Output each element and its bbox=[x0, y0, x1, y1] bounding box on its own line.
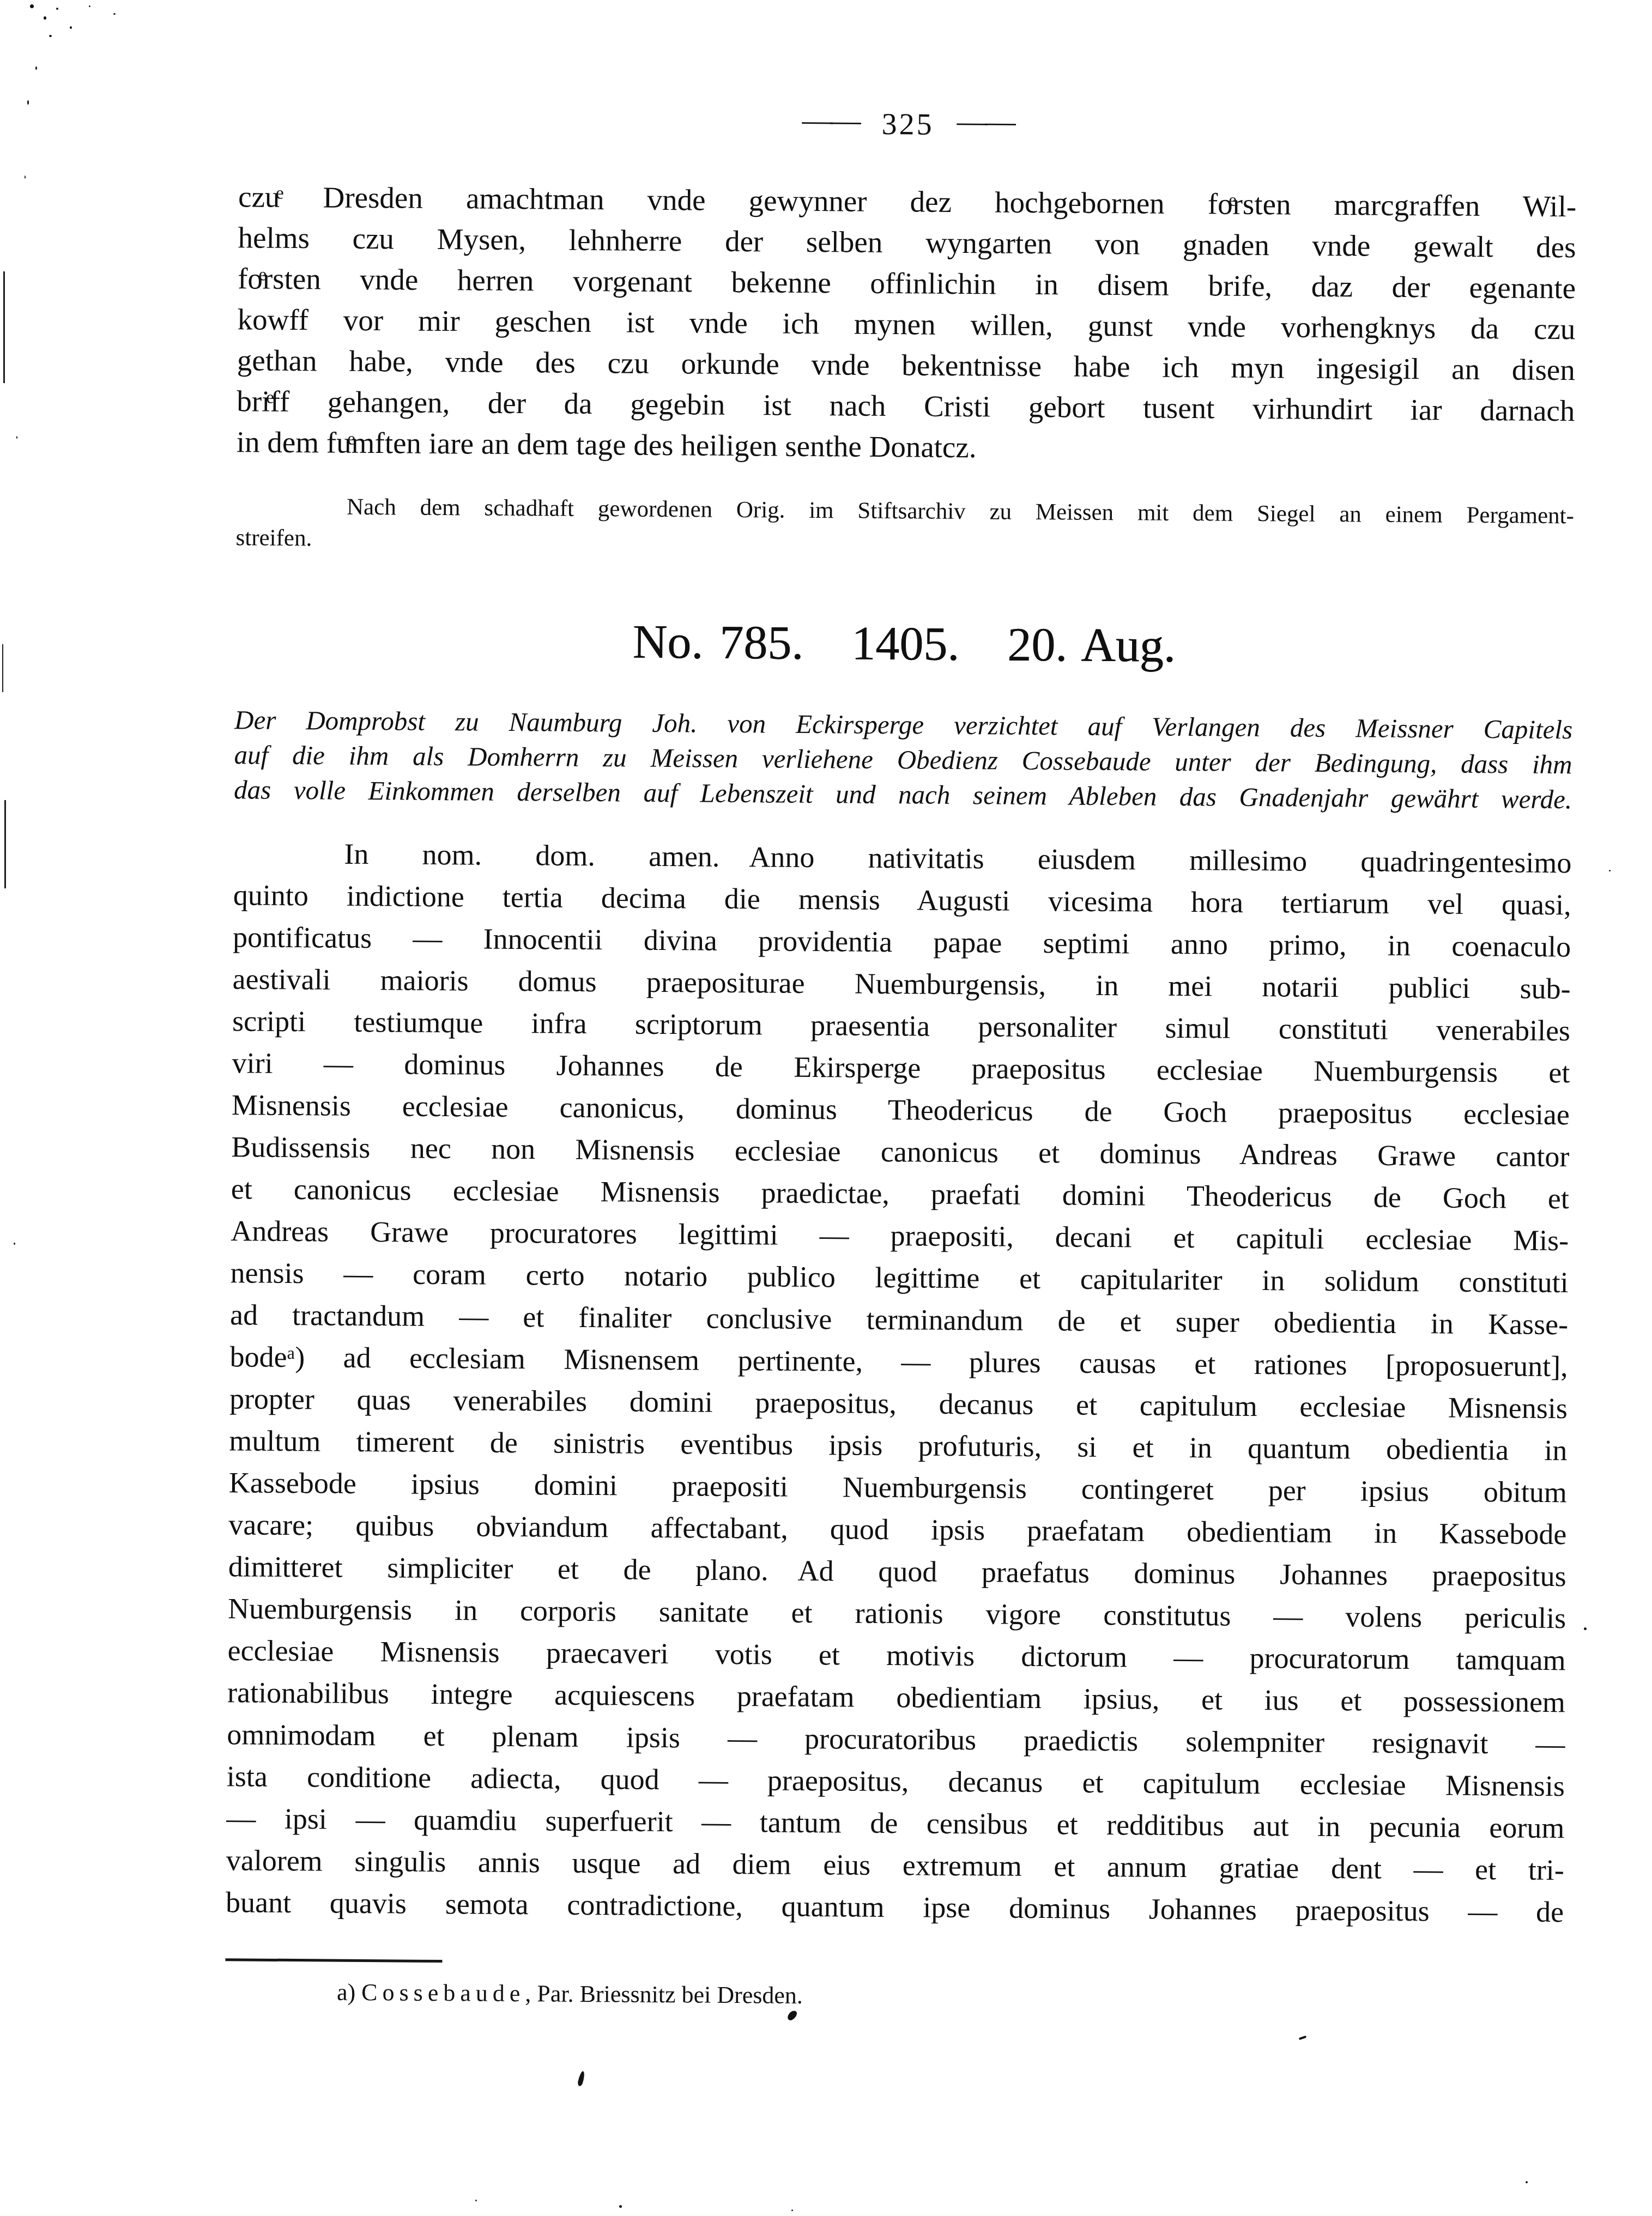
ink-blot bbox=[577, 2070, 586, 2086]
footnote-marker: a) bbox=[337, 1979, 356, 2006]
ink-speck bbox=[475, 2200, 477, 2201]
footnote-term: Cossebaude bbox=[361, 1979, 525, 2007]
page-number: 325 bbox=[881, 107, 934, 142]
charter-785-heading: No. 785. 1405. 20. Aug. bbox=[235, 611, 1574, 676]
source-note: Nach dem schadhaft gewordenen Orig. im S… bbox=[235, 491, 1574, 564]
ink-blot bbox=[786, 2009, 798, 2022]
ink-speck bbox=[25, 175, 26, 179]
charter-784-body-continuation: czuͤ Dresden amachtman vnde gewynner dez… bbox=[237, 176, 1577, 472]
ink-speck bbox=[1526, 2181, 1528, 2183]
ink-speck bbox=[44, 16, 46, 20]
ink-blot bbox=[1299, 2036, 1307, 2041]
ink-speck bbox=[1584, 1627, 1587, 1630]
ink-speck bbox=[30, 4, 34, 8]
ink-speck bbox=[27, 100, 29, 105]
ink-speck bbox=[14, 1243, 15, 1245]
ink-speck bbox=[791, 2209, 793, 2211]
charter-785-regest: Der Domprobst zu Naumburg Joh. von Eckir… bbox=[234, 703, 1572, 817]
scan-edge-line bbox=[4, 800, 6, 888]
ink-speck bbox=[113, 13, 116, 15]
scan-edge-line bbox=[3, 271, 5, 383]
ink-speck bbox=[49, 35, 52, 37]
ink-speck bbox=[70, 26, 72, 29]
ink-speck bbox=[1609, 870, 1611, 871]
ink-speck bbox=[56, 8, 58, 10]
ink-speck bbox=[35, 66, 37, 70]
ink-speck bbox=[16, 436, 17, 439]
ink-speck bbox=[619, 2205, 622, 2208]
footnote-separator-rule bbox=[225, 1958, 442, 1963]
footnote-text: , Par. Briessnitz bei Dresden. bbox=[525, 1980, 803, 2009]
footnote: a) Cossebaude, Par. Briessnitz bei Dresd… bbox=[225, 1977, 1563, 2015]
page-number-dash-left: —— bbox=[802, 104, 859, 138]
ink-speck bbox=[89, 5, 90, 7]
charter-785-body: In nom. dom. amen. Anno nativitatis eius… bbox=[226, 832, 1572, 1933]
scan-edge-line bbox=[2, 644, 3, 692]
scanned-book-page: ——325—— czuͤ Dresden amachtman vnde gewy… bbox=[0, 0, 1652, 2216]
text-block: ——325—— czuͤ Dresden amachtman vnde gewy… bbox=[225, 0, 1578, 2015]
page-number-dash-right: —— bbox=[957, 105, 1014, 139]
page-number-row: ——325—— bbox=[239, 102, 1577, 147]
